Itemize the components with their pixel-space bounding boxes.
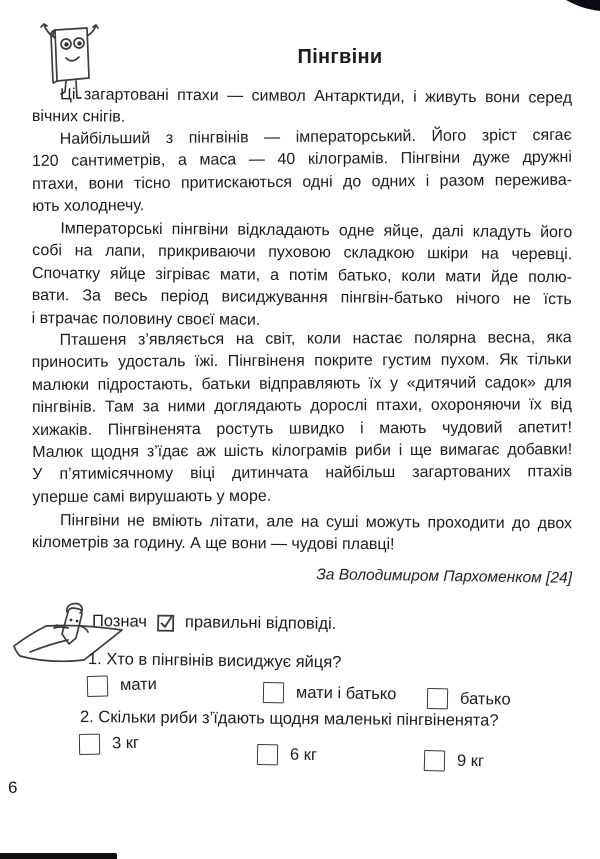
question-label: 1. Хто в пінгвінів висиджує яйця? [88, 650, 342, 673]
answer-option-label: 9 кг [457, 752, 484, 772]
scan-bottom-artifact [0, 853, 117, 859]
answer-checkbox[interactable] [79, 734, 100, 755]
worksheet-page: Пінгвіни Ці загартовані птахи — символ А… [0, 0, 600, 859]
paragraph: Пінгвіни не вміють літати, але на суші м… [32, 510, 572, 558]
paragraph: Пташеня з’являється на світ, коли настає… [32, 328, 573, 510]
answer-checkbox[interactable] [427, 688, 448, 709]
answer-checkbox[interactable] [424, 750, 445, 771]
instruction-prefix: Познач [92, 612, 147, 632]
page-number: 6 [8, 778, 17, 798]
answer-option[interactable]: 6 кг [257, 744, 317, 766]
answer-option-label: мати [120, 675, 157, 695]
paragraph-line: кілометрів за годину. А ще вони — чудові… [32, 532, 572, 558]
answer-option-label: батько [460, 690, 511, 710]
answer-checkbox[interactable] [263, 682, 284, 703]
answer-option-label: 6 кг [290, 746, 317, 765]
answer-option-label: 3 кг [112, 734, 139, 753]
page-title: Пінгвіни [70, 46, 600, 69]
paragraph-line: У п’ятимісячному віці дитинчата найбільш… [32, 462, 572, 487]
checked-checkbox-icon[interactable] [157, 613, 175, 631]
instruction-suffix: правильні відповіді. [185, 613, 337, 634]
answer-option[interactable]: мати і батько [263, 682, 397, 705]
answer-checkbox[interactable] [257, 744, 278, 765]
paragraph-line: приносить удосталь їжі. Пінгвіненя покри… [32, 350, 572, 375]
answer-option[interactable]: 9 кг [424, 750, 484, 772]
exercise-instruction: Познач правильні відповіді. [92, 612, 337, 634]
question-label: 2. Скільки риби з’їдають щодня маленькі … [80, 708, 499, 731]
paragraph-line: ють холоднечу. [32, 192, 572, 219]
answer-option[interactable]: мати [87, 674, 157, 697]
answer-option[interactable]: 3 кг [79, 733, 139, 755]
article-text: Ці загартовані птахи — символ Антарктиди… [32, 84, 572, 555]
paragraph-line: уперше самі вирушають у море. [32, 484, 572, 509]
answer-checkbox[interactable] [87, 675, 109, 697]
paragraph: Імператорські пінгвіни відкладають одне … [32, 218, 573, 334]
paragraph-line: пінгвінів. Там за ними доглядають доросл… [32, 395, 572, 420]
answer-option-label: мати і батько [296, 684, 397, 705]
paragraph-line: птахи, вони тісно притискаються одні до … [32, 169, 572, 196]
scan-corner-artifact [566, 0, 600, 11]
answer-option[interactable]: батько [427, 688, 511, 711]
paragraph-line: Пінгвіни не вміють літати, але на суші м… [32, 510, 572, 536]
paragraph: Найбільший з пінгвінів — імператорський.… [32, 125, 573, 219]
exercise-section: Познач правильні відповіді. 1. Хто в пін… [0, 598, 600, 808]
attribution: За Володимиром Пархоменком [24] [32, 562, 572, 588]
